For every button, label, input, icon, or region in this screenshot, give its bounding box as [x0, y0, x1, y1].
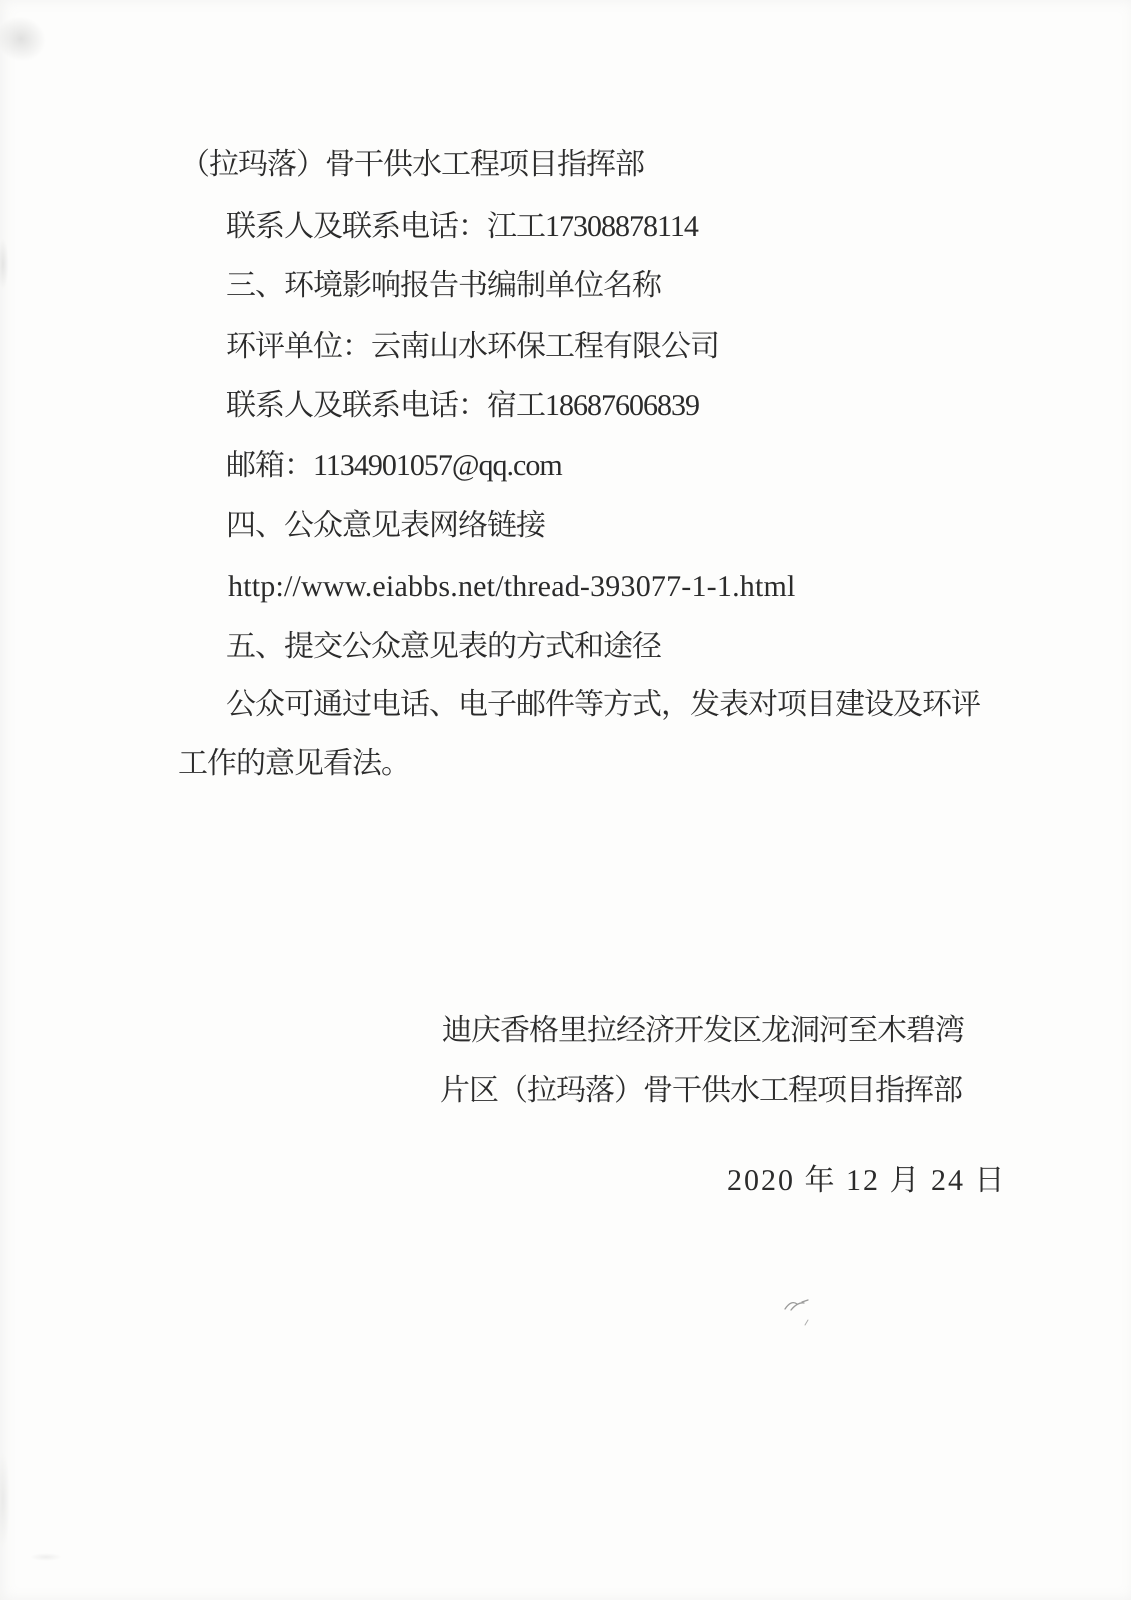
contact-phone-line-eia: 联系人及联系电话：宿工18687606839: [226, 388, 699, 424]
scan-streak-left-edge: [0, 232, 10, 296]
scanned-document-page: （拉玛落）骨干供水工程项目指挥部 联系人及联系电话：江工17308878114 …: [0, 0, 1131, 1600]
public-comment-form-url: http://www.eiabbs.net/thread-393077-1-1.…: [228, 569, 796, 605]
section-5-heading: 五、提交公众意见表的方式和途径: [226, 629, 661, 665]
signature-org-line-2: 片区（拉玛落）骨干供水工程项目指挥部: [440, 1073, 962, 1109]
section-4-heading: 四、公众意见表网络链接: [226, 508, 545, 544]
section-3-heading: 三、环境影响报告书编制单位名称: [226, 268, 661, 304]
contact-phone-line-project: 联系人及联系电话：江工17308878114: [226, 209, 698, 245]
org-name-continuation-line: （拉玛落）骨干供水工程项目指挥部: [180, 147, 644, 183]
signature-org-line-1: 迪庆香格里拉经济开发区龙洞河至木碧湾: [442, 1013, 964, 1049]
scan-speck-bottom: [26, 1552, 66, 1562]
email-line: 邮箱：1134901057@qq.com: [226, 448, 562, 484]
section-5-paragraph-line-2: 工作的意见看法。: [178, 746, 410, 782]
scan-streak-left-bottom: [0, 1440, 12, 1560]
signature-date: 2020 年 12 月 24 日: [727, 1163, 1007, 1199]
pen-scribble-artifact: [781, 1293, 817, 1335]
scan-smudge-top-left: [0, 0, 64, 79]
eia-unit-line: 环评单位：云南山水环保工程有限公司: [226, 329, 719, 365]
section-5-paragraph-line-1: 公众可通过电话、电子邮件等方式，发表对项目建设及环评: [226, 687, 980, 723]
